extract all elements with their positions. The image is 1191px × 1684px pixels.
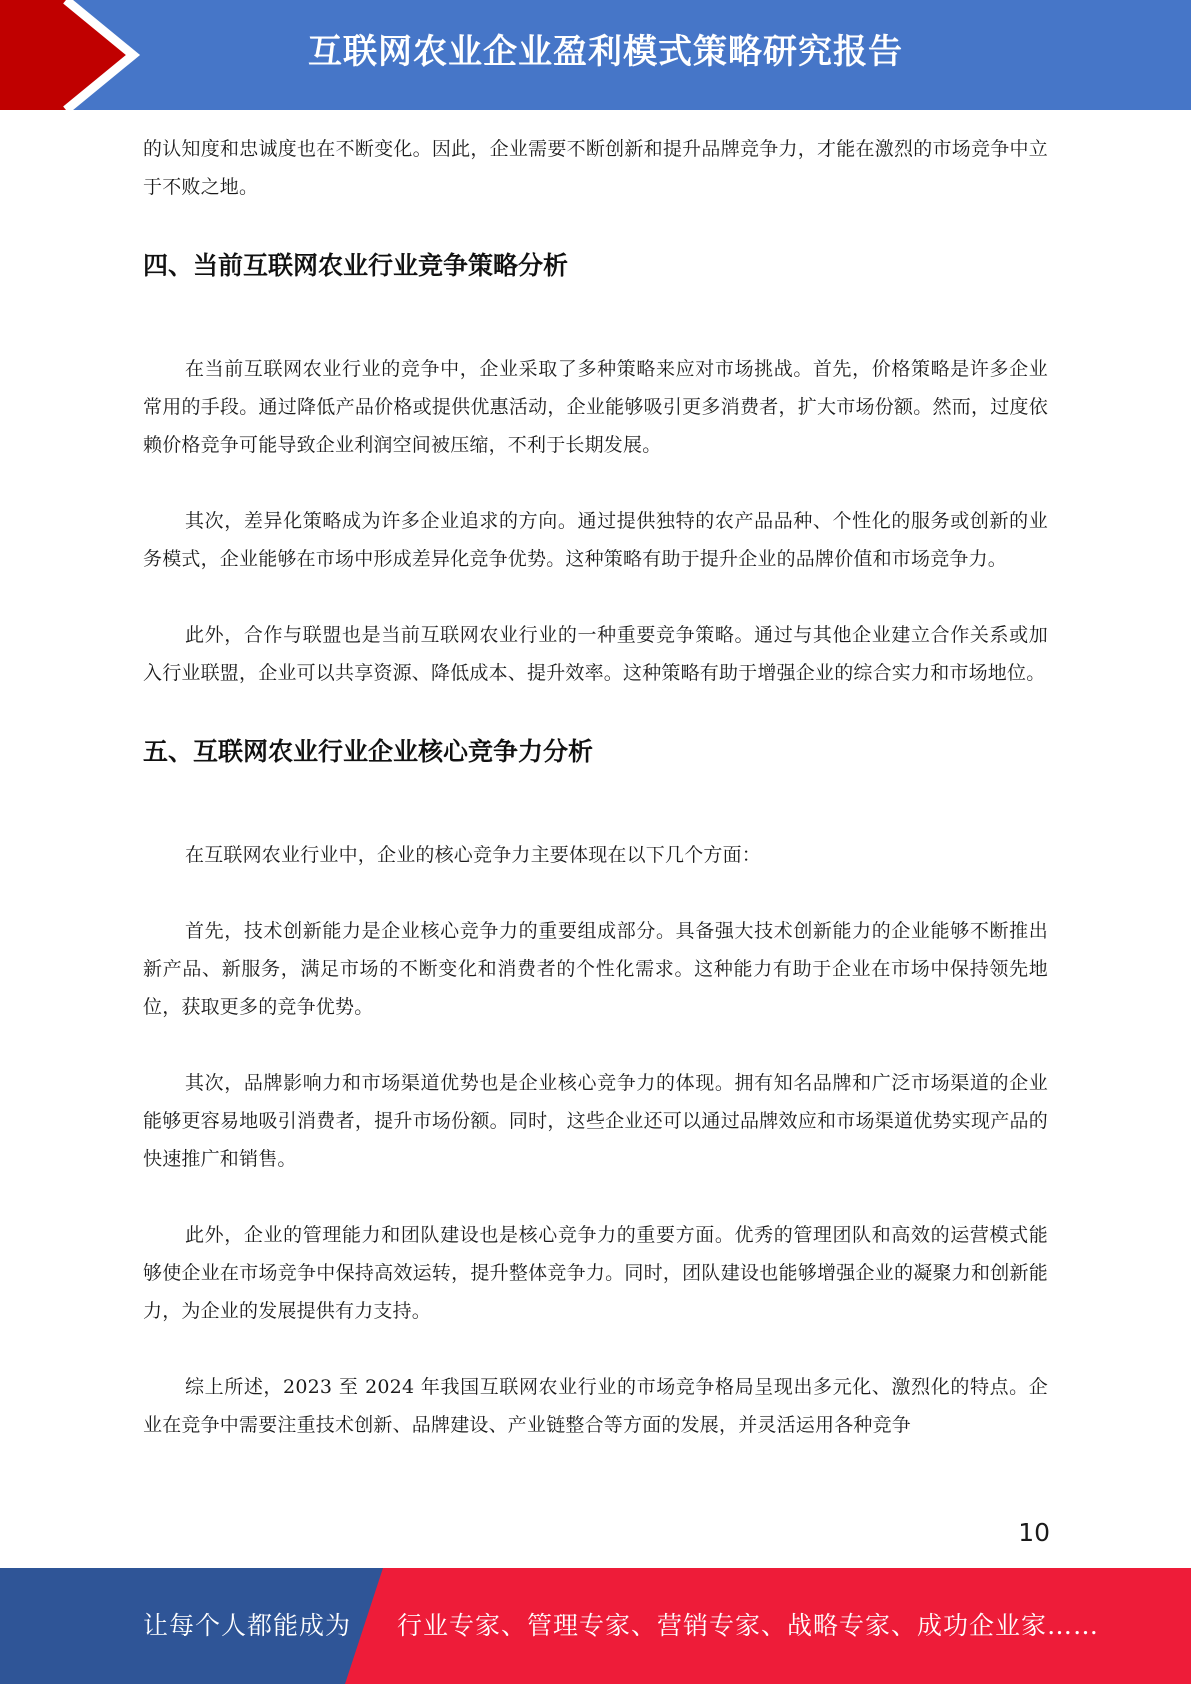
report-header: 互联网农业企业盈利模式策略研究报告 [0, 0, 1191, 110]
page-number: 10 [1000, 1518, 1050, 1547]
paragraph: 首先，技术创新能力是企业核心竞争力的重要组成部分。具备强大技术创新能力的企业能够… [143, 912, 1048, 1026]
paragraph: 综上所述，2023 至 2024 年我国互联网农业行业的市场竞争格局呈现出多元化… [143, 1368, 1048, 1444]
footer-slogan-left: 让每个人都能成为 [143, 1610, 351, 1642]
paragraph-continued: 的认知度和忠诚度也在不断变化。因此，企业需要不断创新和提升品牌竞争力，才能在激烈… [143, 130, 1048, 206]
paragraph: 此外，合作与联盟也是当前互联网农业行业的一种重要竞争策略。通过与其他企业建立合作… [143, 616, 1048, 692]
report-title: 互联网农业企业盈利模式策略研究报告 [0, 30, 1191, 74]
paragraph: 其次，品牌影响力和市场渠道优势也是企业核心竞争力的体现。拥有知名品牌和广泛市场渠… [143, 1064, 1048, 1178]
footer-slogan-right: 行业专家、管理专家、营销专家、战略专家、成功企业家…… [397, 1610, 1099, 1642]
paragraph: 在当前互联网农业行业的竞争中，企业采取了多种策略来应对市场挑战。首先，价格策略是… [143, 350, 1048, 464]
section-heading-4: 四、当前互联网农业行业竞争策略分析 [143, 246, 1048, 286]
slogan-footer: 让每个人都能成为 行业专家、管理专家、营销专家、战略专家、成功企业家…… [0, 1568, 1191, 1684]
paragraph: 在互联网农业行业中，企业的核心竞争力主要体现在以下几个方面： [143, 836, 1048, 874]
section-heading-5: 五、互联网农业行业企业核心竞争力分析 [143, 732, 1048, 772]
document-body: 的认知度和忠诚度也在不断变化。因此，企业需要不断创新和提升品牌竞争力，才能在激烈… [143, 130, 1048, 1444]
paragraph: 此外，企业的管理能力和团队建设也是核心竞争力的重要方面。优秀的管理团队和高效的运… [143, 1216, 1048, 1330]
paragraph: 其次，差异化策略成为许多企业追求的方向。通过提供独特的农产品品种、个性化的服务或… [143, 502, 1048, 578]
